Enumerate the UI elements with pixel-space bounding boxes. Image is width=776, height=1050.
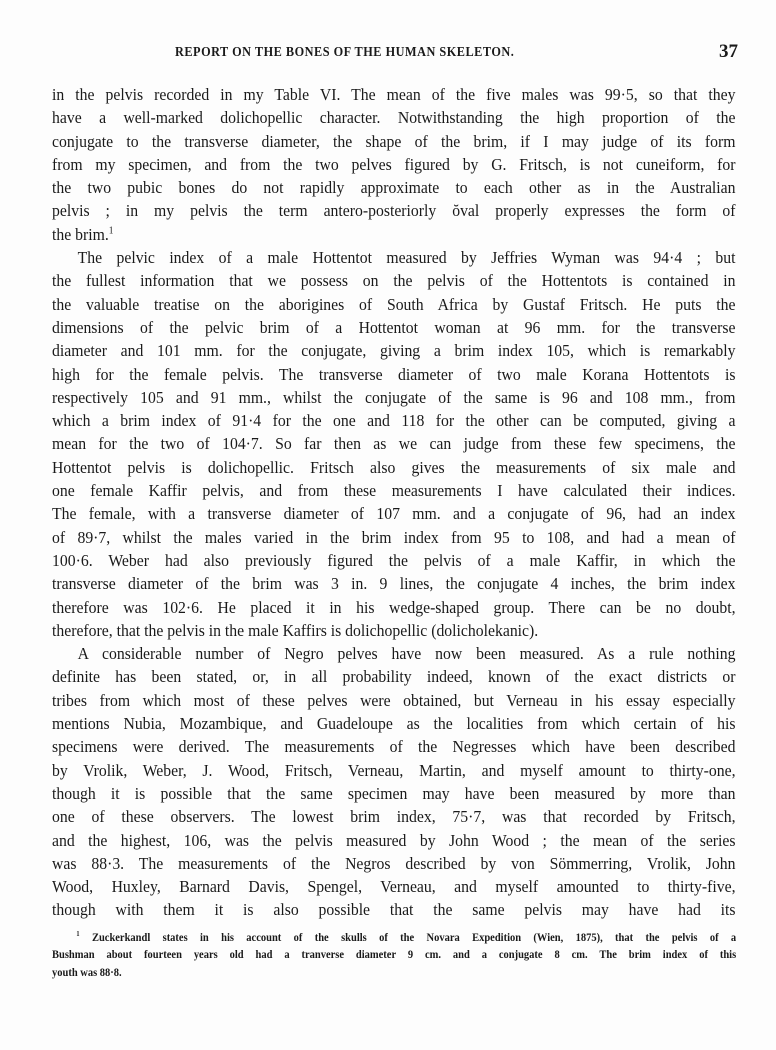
text-line: therefore, that the pelvis in the male K… bbox=[52, 619, 736, 642]
text-line: conjugate to the transverse diameter, th… bbox=[52, 130, 736, 153]
footnote-marker: 1 bbox=[76, 930, 79, 938]
text-line: mentions Nubia, Mozambique, and Guadelou… bbox=[52, 712, 736, 735]
book-page: REPORT ON THE BONES OF THE HUMAN SKELETO… bbox=[0, 0, 776, 1050]
footnote: 1 Zuckerkandl states in his account of t… bbox=[52, 929, 736, 981]
text-line: Wood, Huxley, Barnard Davis, Spengel, Ve… bbox=[52, 875, 736, 898]
paragraph-start-line: The pelvic index of a male Hottentot mea… bbox=[52, 246, 736, 269]
text-line: the brim.1 bbox=[52, 223, 736, 246]
text-line: though it is possible that the same spec… bbox=[52, 782, 736, 805]
text-line: tribes from which most of these pelves w… bbox=[52, 689, 736, 712]
text-line: 100·6. Weber had also previously figured… bbox=[52, 549, 736, 572]
body-text: in the pelvis recorded in my Table VI. T… bbox=[52, 83, 736, 922]
running-head: REPORT ON THE BONES OF THE HUMAN SKELETO… bbox=[52, 44, 736, 68]
text-line: the fullest information that we possess … bbox=[52, 269, 736, 292]
footnote-line: Bushman about fourteen years old had a t… bbox=[52, 946, 736, 963]
text-line: diameter and 101 mm. for the conjugate, … bbox=[52, 339, 736, 362]
paragraph-start-line: A considerable number of Negro pelves ha… bbox=[52, 642, 736, 665]
text-line: and the highest, 106, was the pelvis mea… bbox=[52, 829, 736, 852]
text-line: by Vrolik, Weber, J. Wood, Fritsch, Vern… bbox=[52, 759, 736, 782]
text-line: high for the female pelvis. The transver… bbox=[52, 363, 736, 386]
text-line: Hottentot pelvis is dolichopellic. Frits… bbox=[52, 456, 736, 479]
text-line: one female Kaffir pelvis, and from these… bbox=[52, 479, 736, 502]
footnote-text: Zuckerkandl states in his account of the… bbox=[92, 931, 736, 944]
text-line: transverse diameter of the brim was 3 in… bbox=[52, 572, 736, 595]
footnote-reference[interactable]: 1 bbox=[109, 225, 114, 236]
text-line: mean for the two of 104·7. So far then a… bbox=[52, 432, 736, 455]
text-line: respectively 105 and 91 mm., whilst the … bbox=[52, 386, 736, 409]
text-line: therefore was 102·6. He placed it in his… bbox=[52, 596, 736, 619]
text-line: have a well-marked dolichopellic charact… bbox=[52, 106, 736, 129]
text-line: the valuable treatise on the aborigines … bbox=[52, 293, 736, 316]
text-line-content: the brim. bbox=[52, 225, 109, 244]
text-line: definite has been stated, or, in all pro… bbox=[52, 665, 736, 688]
running-title: REPORT ON THE BONES OF THE HUMAN SKELETO… bbox=[175, 44, 514, 60]
text-line: pelvis ; in my pelvis the term antero-po… bbox=[52, 199, 736, 222]
page-number: 37 bbox=[719, 41, 738, 63]
text-line: from my specimen, and from the two pelve… bbox=[52, 153, 736, 176]
text-line: specimens were derived. The measurements… bbox=[52, 735, 736, 758]
text-line: The female, with a transverse diameter o… bbox=[52, 502, 736, 525]
text-line: one of these observers. The lowest brim … bbox=[52, 805, 736, 828]
text-line: dimensions of the pelvic brim of a Hotte… bbox=[52, 316, 736, 339]
text-line: though with them it is also possible tha… bbox=[52, 898, 736, 921]
text-line: the two pubic bones do not rapidly appro… bbox=[52, 176, 736, 199]
text-line: of 89·7, whilst the males varied in the … bbox=[52, 526, 736, 549]
footnote-line: 1 Zuckerkandl states in his account of t… bbox=[52, 929, 736, 946]
text-line: in the pelvis recorded in my Table VI. T… bbox=[52, 83, 736, 106]
text-line: which a brim index of 91·4 for the one a… bbox=[52, 409, 736, 432]
text-line: was 88·3. The measurements of the Negros… bbox=[52, 852, 736, 875]
footnote-line: youth was 88·8. bbox=[52, 964, 736, 981]
